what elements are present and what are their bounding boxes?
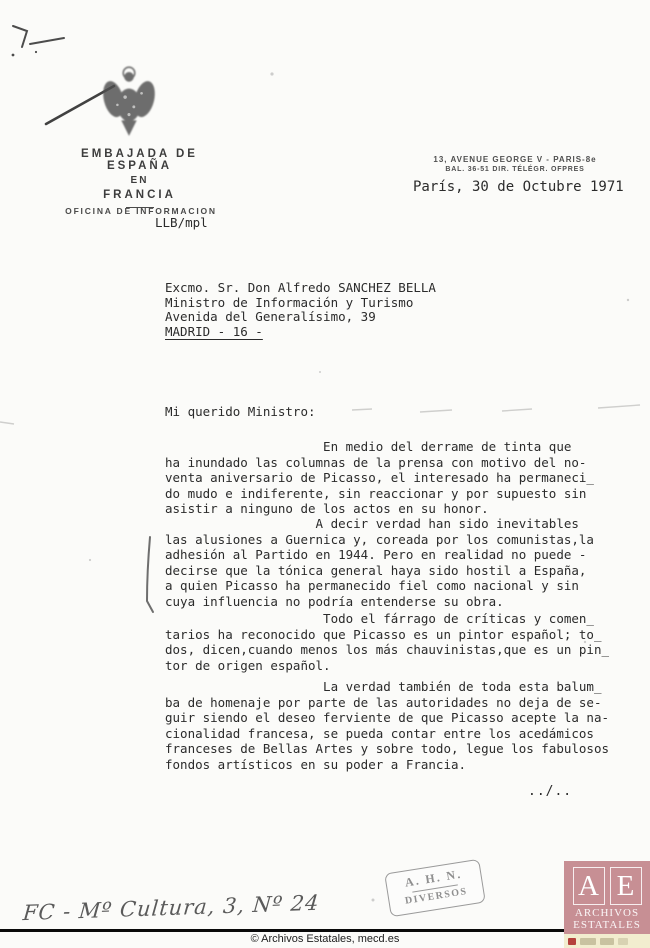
- par2-line: cuya influencia no podría entenderse su …: [165, 594, 594, 610]
- recipient-title: Ministro de Información y Turismo: [165, 296, 436, 311]
- par2-line: A decir verdad han sido inevitables: [165, 516, 594, 532]
- logo-letter-e: E: [610, 867, 642, 905]
- pencil-mark-top-left: [12, 26, 64, 56]
- archivos-estatales-logo: A E ARCHIVOS ESTATALES: [564, 861, 650, 948]
- par4-line: fondos artísticos en su poder a Francia.: [165, 757, 609, 773]
- paragraph-1: En medio del derrame de tinta que ha inu…: [165, 439, 594, 517]
- paragraph-3: Todo el fárrago de críticas y comen̲ tar…: [165, 611, 609, 673]
- footer-caption: © Archivos Estatales, mecd.es: [0, 933, 650, 945]
- ahn-diversos-stamp: A. H. N. DIVERSOS: [384, 859, 486, 917]
- par3-line: tor de origen español.: [165, 658, 609, 674]
- logo-word-estatales: ESTATALES: [573, 919, 641, 931]
- salutation: Mi querido Ministro:: [165, 404, 316, 420]
- logo-word-archivos: ARCHIVOS: [575, 907, 639, 919]
- par4-line: La verdad también de toda esta balum̲: [165, 679, 609, 695]
- par1-line: En medio del derrame de tinta que: [165, 439, 594, 455]
- org-name-line3: FRANCIA: [52, 189, 227, 201]
- letterhead-organization: EMBAJADA DE ESPAÑA EN FRANCIA: [52, 148, 227, 208]
- par2-line: las alusiones a Guernica y, coreada por …: [165, 532, 594, 548]
- org-name-line1: EMBAJADA DE ESPAÑA: [52, 148, 227, 172]
- faint-pencil-dashes: [0, 405, 640, 424]
- par4-line: ba de homenaje por parte de las autorida…: [165, 695, 609, 711]
- address-line2: BAL. 36-51 DIR. TÉLÉGR. OFPRES: [400, 166, 630, 173]
- recipient-street: Avenida del Generalísimo, 39: [165, 310, 436, 325]
- ministry-mini-text: [600, 938, 614, 945]
- par4-line: cionalidad francesa, se pueda contar ent…: [165, 726, 609, 742]
- logo-pink-panel: A E ARCHIVOS ESTATALES: [564, 861, 650, 934]
- logo-letter-a: A: [573, 867, 605, 905]
- recipient-city: MADRID - 16 -: [165, 325, 436, 340]
- par4-line: guir siendo el deseo ferviente de que Pi…: [165, 710, 609, 726]
- recipient-block: Excmo. Sr. Don Alfredo SANCHEZ BELLA Min…: [165, 281, 436, 339]
- ministry-mini-text: [580, 938, 596, 945]
- footer-divider-line: [0, 929, 650, 932]
- org-name-line2: EN: [52, 175, 227, 186]
- scanned-letter-page: EMBAJADA DE ESPAÑA EN FRANCIA OFICINA DE…: [0, 0, 650, 948]
- ministry-mini-text: [618, 938, 628, 945]
- dateline: París, 30 de Octubre 1971: [413, 179, 624, 195]
- reference-code: LLB/mpl: [155, 215, 208, 231]
- par2-line: adhesión al Partido en 1944. Pero en rea…: [165, 547, 594, 563]
- par1-line: do mudo e indiferente, sin reaccionar y …: [165, 486, 594, 502]
- address-line1: 13, AVENUE GEORGE V - PARIS-8e: [400, 155, 630, 164]
- recipient-name: Excmo. Sr. Don Alfredo SANCHEZ BELLA: [165, 281, 436, 296]
- continuation-mark: ../..: [528, 784, 572, 799]
- handwritten-archive-reference: FC - Mº Cultura, 3, Nº 24: [22, 891, 321, 925]
- spain-coat-of-arms-emblem: [100, 64, 158, 140]
- par1-line: ha inundado las columnas de la prensa co…: [165, 455, 594, 471]
- par1-line: venta aniversario de Picasso, el interes…: [165, 470, 594, 486]
- par3-line: dos, dicen,cuando menos los más chauvini…: [165, 642, 609, 658]
- par3-line: Todo el fárrago de críticas y comen̲: [165, 611, 609, 627]
- par2-line: decirse que la tónica general haya sido …: [165, 563, 594, 579]
- par4-line: franceses de Bellas Artes y sobre todo, …: [165, 741, 609, 757]
- pencil-margin-line: [147, 537, 153, 612]
- par1-line: asistir a ninguno de los actos en su hon…: [165, 501, 594, 517]
- par2-line: a quien Picasso ha permanecido fiel como…: [165, 578, 594, 594]
- par3-line: tarios ha reconocido que Picasso es un p…: [165, 627, 609, 643]
- ministry-mini-logo: [568, 938, 576, 945]
- logo-ministry-strip: [564, 934, 650, 948]
- paragraph-2: A decir verdad han sido inevitables las …: [165, 516, 594, 609]
- paragraph-4: La verdad también de toda esta balum̲ ba…: [165, 679, 609, 772]
- letterhead-address: 13, AVENUE GEORGE V - PARIS-8e BAL. 36-5…: [400, 155, 630, 173]
